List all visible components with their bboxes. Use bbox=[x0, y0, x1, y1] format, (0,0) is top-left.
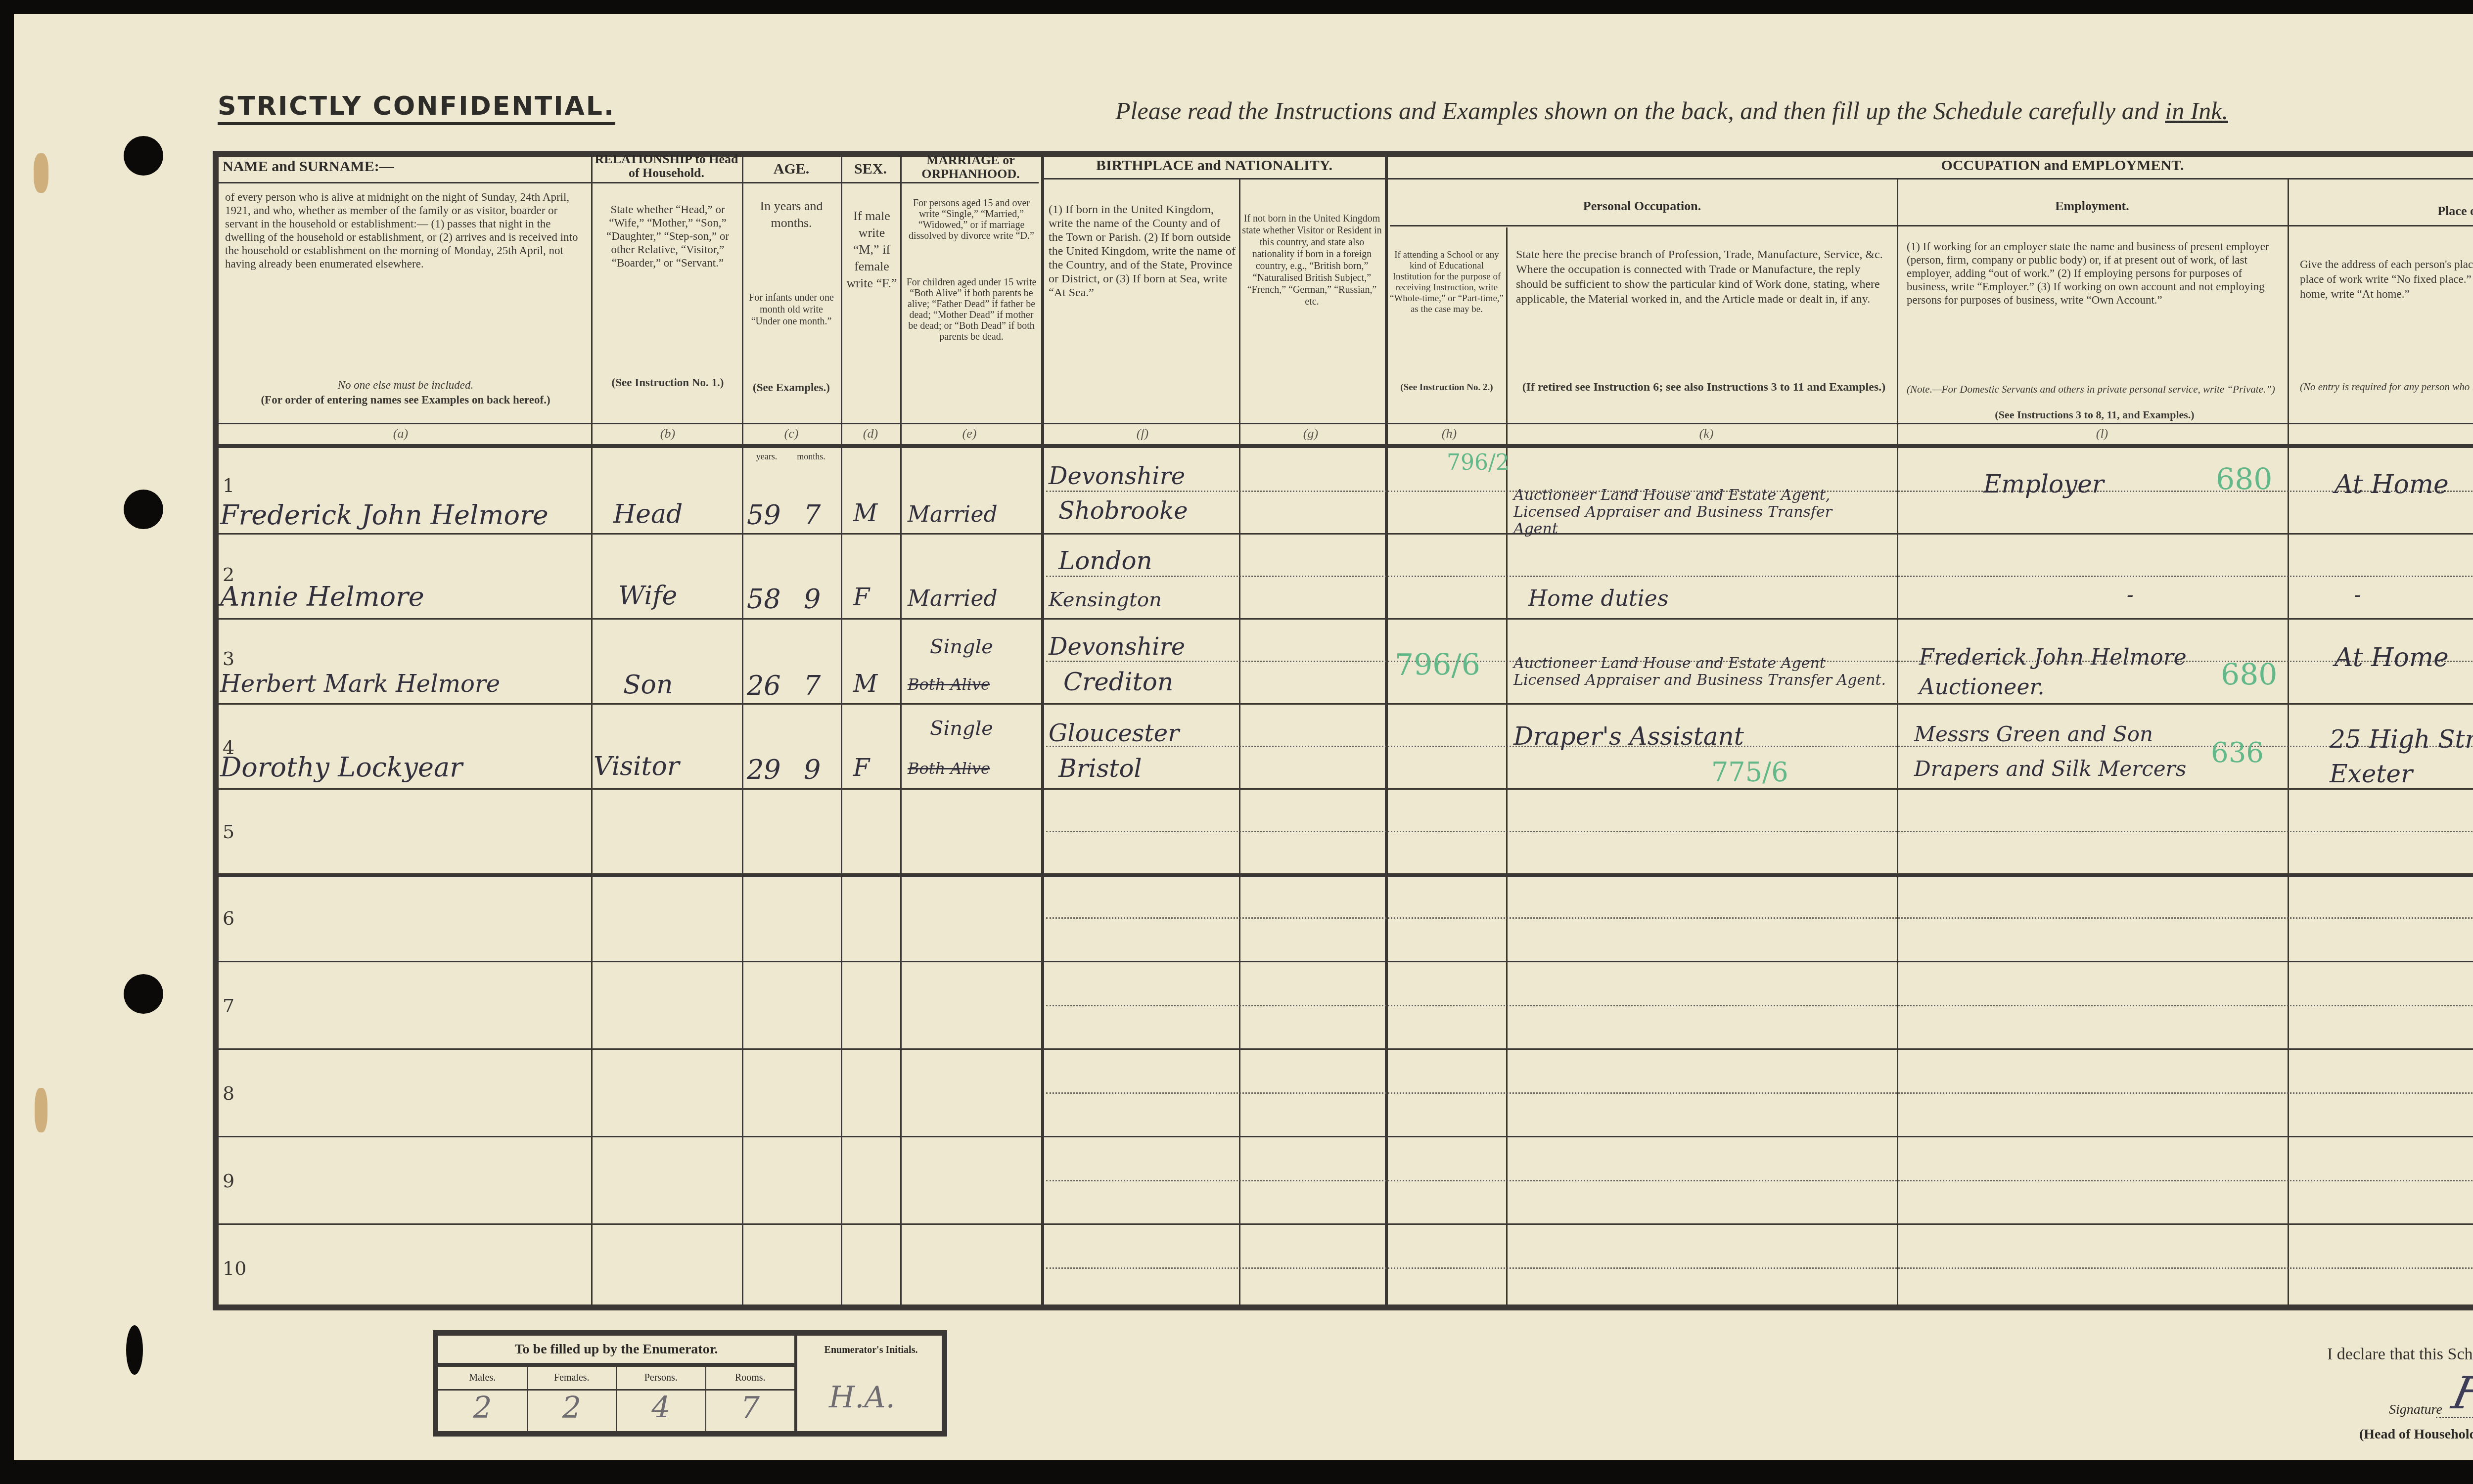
females-count: 2 bbox=[528, 1391, 617, 1431]
age-months: 7 bbox=[804, 670, 821, 701]
marital-status-struck: Both Alive bbox=[908, 675, 990, 694]
marital-status: Married bbox=[908, 502, 998, 527]
relationship: Head bbox=[613, 499, 683, 529]
marital-status: Single bbox=[930, 635, 993, 658]
fill-instructions: Please read the Instructions and Example… bbox=[1115, 96, 2228, 125]
person-name: Dorothy Lockyear bbox=[220, 752, 462, 783]
col-e-title: MARRIAGE or ORPHANHOOD. bbox=[903, 153, 1039, 181]
col-c-infant: For infants under one month old write “U… bbox=[747, 292, 836, 327]
col-l-title: Employment. bbox=[1899, 198, 2285, 215]
col-a-title: NAME and SURNAME:— bbox=[223, 158, 589, 175]
age-months: 9 bbox=[804, 754, 821, 785]
col-l-footer: (See Instructions 3 to 8, 11, and Exampl… bbox=[1907, 408, 2283, 421]
place-of-work: At Home bbox=[2335, 470, 2449, 499]
employment: Frederick John Helmore Auctioneer. bbox=[1919, 643, 2196, 702]
col-f-body: (1) If born in the United Kingdom, write… bbox=[1049, 203, 1236, 300]
birth-county: Devonshire bbox=[1049, 462, 1185, 490]
row-number: 7 bbox=[223, 995, 234, 1017]
birth-town: Bristol bbox=[1058, 754, 1142, 783]
birth-county: London bbox=[1058, 546, 1152, 575]
employment-code: 680 bbox=[2221, 658, 2278, 692]
strictly-confidential-heading: STRICTLY CONFIDENTIAL. bbox=[218, 91, 615, 125]
col-c-title: AGE. bbox=[744, 161, 838, 178]
col-divider bbox=[1239, 178, 1240, 1310]
coder-mark: 796/2 bbox=[1447, 450, 1510, 475]
col-c-footer: (See Examples.) bbox=[747, 381, 836, 394]
person-name: Annie Helmore bbox=[220, 581, 424, 612]
col-g-body: If not born in the United Kingdom state … bbox=[1241, 213, 1382, 308]
birthplace-title: BIRTHPLACE and NATIONALITY. bbox=[1046, 157, 1382, 174]
birth-town: Shobrooke bbox=[1058, 497, 1188, 525]
rust-stain bbox=[34, 153, 48, 193]
col-divider bbox=[1897, 178, 1898, 1310]
col-divider bbox=[2288, 178, 2289, 1310]
person-name: Frederick John Helmore bbox=[220, 499, 549, 531]
col-m-body: Give the address of each person's place … bbox=[2300, 257, 2473, 302]
occupation-title: OCCUPATION and EMPLOYMENT. bbox=[1889, 157, 2236, 174]
age-months: 9 bbox=[804, 584, 821, 615]
sex: F bbox=[853, 754, 870, 782]
col-h-footer: (See Instruction No. 2.) bbox=[1390, 381, 1504, 394]
col-e-body: For persons aged 15 and over write “Sing… bbox=[904, 198, 1039, 241]
rust-stain bbox=[35, 1088, 47, 1132]
row-number: 10 bbox=[223, 1258, 246, 1279]
employment-code: 636 bbox=[2211, 737, 2264, 769]
personal-occupation-title: Personal Occupation. bbox=[1390, 198, 1894, 215]
rooms-count: 7 bbox=[706, 1391, 795, 1431]
row-number: 6 bbox=[223, 907, 234, 929]
occupation: Auctioneer Land House and Estate Agent, … bbox=[1513, 487, 1879, 538]
row-number: 9 bbox=[223, 1170, 234, 1192]
person-name: Herbert Mark Helmore bbox=[220, 670, 500, 698]
age-years: 26 bbox=[747, 670, 781, 701]
relationship: Son bbox=[623, 670, 673, 700]
relationship: Visitor bbox=[594, 752, 680, 781]
employment-code: 680 bbox=[2216, 462, 2273, 497]
enumerator-initials: H.A. bbox=[829, 1380, 895, 1415]
enumerator-summary-box: To be filled up by the Enumerator. Enume… bbox=[433, 1330, 947, 1437]
col-b-title: RELATIONSHIP to Head of Household. bbox=[594, 152, 739, 180]
signature-note: (Head of Household, Manager of Establish… bbox=[2359, 1427, 2473, 1442]
birth-town: Crediton bbox=[1063, 668, 1173, 696]
col-l-body: (1) If working for an employer state the… bbox=[1907, 240, 2283, 307]
sex: M bbox=[853, 670, 877, 698]
row-number: 1 bbox=[223, 475, 234, 496]
coder-mark: 796/6 bbox=[1395, 648, 1480, 682]
age-months: 7 bbox=[804, 499, 821, 531]
col-divider bbox=[1506, 227, 1508, 1310]
col-k-body: State here the precise branch of Profess… bbox=[1516, 247, 1892, 307]
punch-hole bbox=[124, 974, 163, 1014]
place-of-work: - bbox=[2354, 584, 2361, 606]
col-b-body: State whether “Head,” or “Wife,” “Mother… bbox=[596, 203, 739, 270]
birth-town: Kensington bbox=[1049, 588, 1162, 611]
occupation-code: 775/6 bbox=[1711, 757, 1788, 788]
age-years: 29 bbox=[747, 754, 781, 785]
row-number: 3 bbox=[223, 648, 234, 670]
marital-status: Single bbox=[930, 717, 993, 740]
sex: M bbox=[853, 499, 877, 527]
col-b-footer: (See Instruction No. 1.) bbox=[596, 376, 739, 389]
col-d-body: If male write “M,” if female write “F.” bbox=[846, 208, 898, 292]
col-d-title: SEX. bbox=[843, 161, 898, 178]
row-number: 5 bbox=[223, 821, 234, 843]
col-a-footer: (For order of entering names see Example… bbox=[225, 393, 586, 406]
col-e-body2: For children aged under 15 write “Both A… bbox=[904, 277, 1039, 342]
occupation: Draper's Assistant bbox=[1513, 722, 1744, 751]
birth-county: Devonshire bbox=[1049, 633, 1185, 661]
place-of-work: 25 High Street Exeter bbox=[2330, 722, 2473, 791]
sex: F bbox=[853, 584, 870, 611]
row-number: 8 bbox=[223, 1082, 234, 1104]
col-h-body: If attending a School or any kind of Edu… bbox=[1390, 250, 1504, 315]
employment: - bbox=[2127, 584, 2134, 606]
marital-status-struck: Both Alive bbox=[908, 759, 990, 778]
males-count: 2 bbox=[438, 1391, 528, 1431]
marital-status: Married bbox=[908, 586, 998, 611]
punch-hole bbox=[126, 1325, 143, 1375]
occupation: Home duties bbox=[1528, 586, 1669, 611]
col-m-note: (No entry is required for any person who… bbox=[2300, 381, 2473, 393]
occupation: Auctioneer Land House and Estate Agent L… bbox=[1513, 655, 1889, 689]
punch-hole bbox=[124, 136, 163, 176]
punch-hole bbox=[124, 490, 163, 529]
declaration-text: I declare that this Schedule is correctl… bbox=[2327, 1345, 2473, 1364]
place-of-work: At Home bbox=[2335, 643, 2449, 673]
col-a-note: No one else must be included. bbox=[225, 378, 586, 392]
employment: Messrs Green and Son Drapers and Silk Me… bbox=[1914, 717, 2211, 786]
age-years: 59 bbox=[747, 499, 781, 531]
persons-count: 4 bbox=[617, 1391, 706, 1431]
relationship: Wife bbox=[618, 581, 677, 611]
employment: Employer bbox=[1983, 470, 2104, 498]
col-a-body: of every person who is alive at midnight… bbox=[225, 190, 586, 270]
col-k-footer: (If retired see Instruction 6; see also … bbox=[1516, 381, 1892, 394]
birth-county: Gloucester bbox=[1049, 720, 1179, 747]
col-l-note: (Note.—For Domestic Servants and others … bbox=[1907, 383, 2283, 395]
age-years: 58 bbox=[747, 584, 781, 615]
col-m-title: Place of Work. bbox=[2290, 203, 2473, 220]
col-c-body: In years and months. bbox=[747, 198, 836, 231]
signature-label: Signature bbox=[2389, 1402, 2442, 1418]
